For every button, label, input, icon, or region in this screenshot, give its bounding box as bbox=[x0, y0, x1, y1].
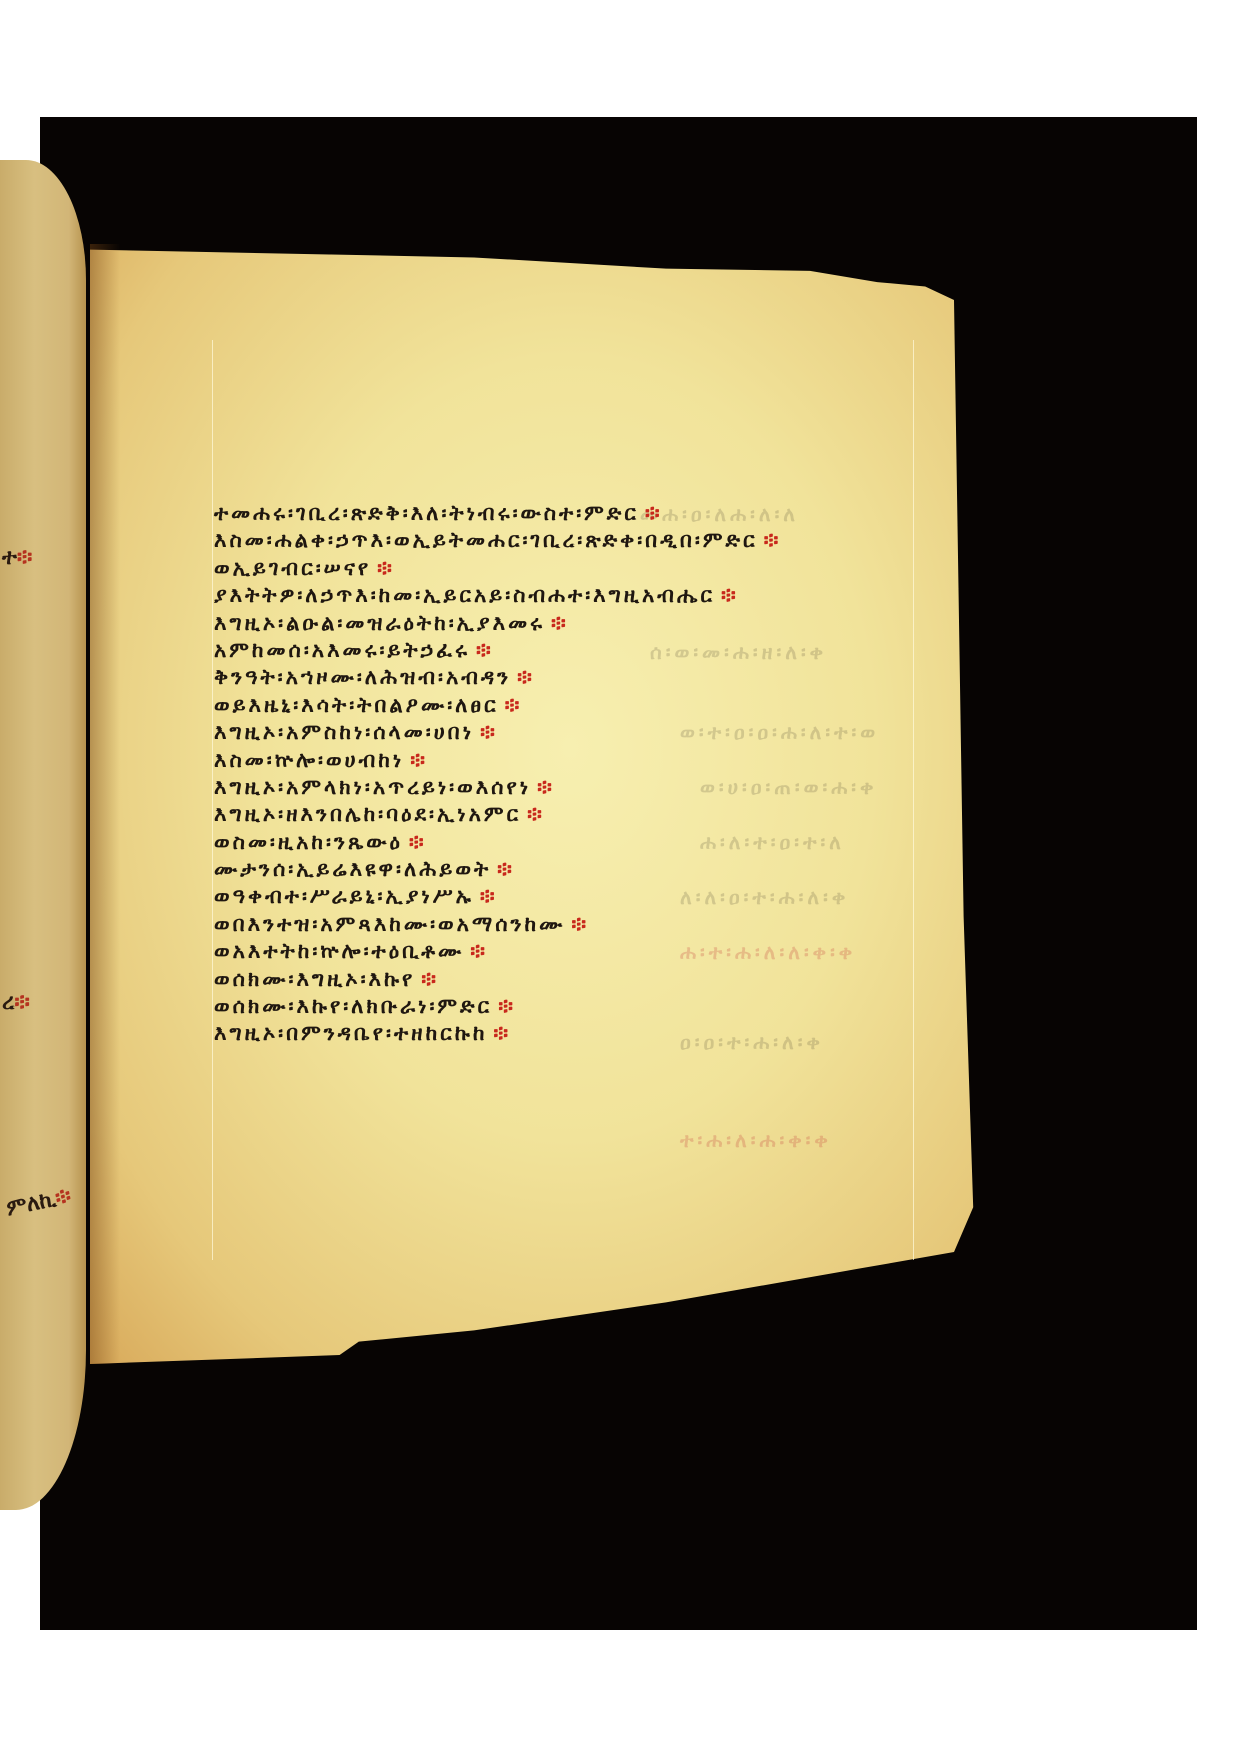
rubric-mark: ፨ bbox=[493, 1021, 511, 1045]
text-line: ወሰክሙ፡እግዚኦ፡እኩየ፨ bbox=[214, 966, 934, 993]
text-line: ወይእዜኒ፡እሳት፡ትበልዖሙ፡ለፀር፨ bbox=[214, 692, 934, 719]
text-line: እስመ፡ኵሎ፡ወሀብከነ፨ bbox=[214, 747, 934, 774]
text-line: ወዓቀብተ፡ሥራይኒ፡ኢያነሥኡ፨ bbox=[214, 883, 934, 910]
left-fragment: ተ፨ bbox=[2, 545, 32, 570]
rubric-mark: ፨ bbox=[498, 994, 516, 1018]
text-line: እስመ፡ሐልቀ፡ኃጥእ፡ወኢይትመሐር፡ገቢረ፡ጽድቀ፡በዲበ፡ምድር፨ bbox=[214, 527, 934, 554]
rubric-mark: ፨ bbox=[410, 748, 428, 772]
text-line: ወሰክሙ፡እኩየ፡ለክቡራነ፡ምድር፨ bbox=[214, 993, 934, 1020]
text-line: አምከመሰ፡አእመሩ፡ይትኃፈሩ፨ bbox=[214, 637, 934, 664]
rubric-mark: ፨ bbox=[551, 611, 569, 635]
rubric-mark: ፨ bbox=[721, 583, 739, 607]
rubric-mark: ፨ bbox=[571, 912, 589, 936]
text-line: ወስመ፡ዚአከ፡ንጼውዕ፨ bbox=[214, 829, 934, 856]
text-line: ተመሐሩ፡ገቢረ፡ጽድቅ፡እለ፡ትነብሩ፡ውስተ፡ምድር፨ bbox=[214, 500, 934, 527]
text-line: ቅንዓት፡አኀዞሙ፡ለሕዝብ፡አብዳን፨ bbox=[214, 664, 934, 691]
text-line: ሙታንሰ፡ኢይሬእዩዋ፡ለሕይወት፨ bbox=[214, 856, 934, 883]
rubric-mark: ፨ bbox=[505, 693, 523, 717]
text-line: እግዚኦ፡አምስከነ፡ሰላመ፡ሀበነ፨ bbox=[214, 719, 934, 746]
text-line: እግዚኦ፡በምንዳቤየ፡ተዘከርኩከ፨ bbox=[214, 1020, 934, 1047]
text-line: ወኢይገብር፡ሠናየ፨ bbox=[214, 555, 934, 582]
rubric-mark: ፨ bbox=[645, 501, 663, 525]
text-line: ወበእንተዝ፡አምጻእከሙ፡ወአማሰንከሙ፨ bbox=[214, 911, 934, 938]
text-line: እግዚኦ፡ልዑል፡መዝራዕትከ፡ኢያእመሩ፨ bbox=[214, 610, 934, 637]
text-line: እግዚኦ፡አምላክነ፡አጥረይነ፡ወእሰየነ፨ bbox=[214, 774, 934, 801]
ruling-margin-left bbox=[212, 340, 213, 1260]
rubric-mark: ፨ bbox=[517, 665, 535, 689]
text-line: ወአእተትከ፡ኵሎ፡ተዕቢቶሙ፨ bbox=[214, 938, 934, 965]
left-fragment: ረ፨ bbox=[2, 990, 30, 1015]
rubric-mark: ፨ bbox=[476, 638, 494, 662]
rubric-mark: ፨ bbox=[470, 939, 488, 963]
manuscript-text: ተመሐሩ፡ገቢረ፡ጽድቅ፡እለ፡ትነብሩ፡ውስተ፡ምድር፨ እስመ፡ሐልቀ፡ኃጥ… bbox=[214, 500, 934, 1048]
left-page-edge: ተ፨ ረ፨ ምለኪ፨ bbox=[0, 160, 86, 1510]
page-gutter-shadow bbox=[90, 244, 120, 1364]
text-line: እግዚኦ፡ዘእንበሌከ፡ባዕደ፡ኢነአምር፨ bbox=[214, 801, 934, 828]
rubric-mark: ፨ bbox=[537, 775, 555, 799]
text-line: ያእትትዎ፡ለኃጥእ፡ከመ፡ኢይርአይ፡ስብሐተ፡እግዚአብሔር፨ bbox=[214, 582, 934, 609]
rubric-mark: ፨ bbox=[527, 802, 545, 826]
rubric-mark: ፨ bbox=[764, 528, 782, 552]
left-fragment: ምለኪ፨ bbox=[4, 1183, 73, 1221]
rubric-mark: ፨ bbox=[497, 857, 515, 881]
rubric-mark: ፨ bbox=[421, 967, 439, 991]
rubric-mark: ፨ bbox=[377, 556, 395, 580]
rubric-mark: ፨ bbox=[480, 884, 498, 908]
rubric-mark: ፨ bbox=[480, 720, 498, 744]
rubric-mark: ፨ bbox=[409, 830, 427, 854]
